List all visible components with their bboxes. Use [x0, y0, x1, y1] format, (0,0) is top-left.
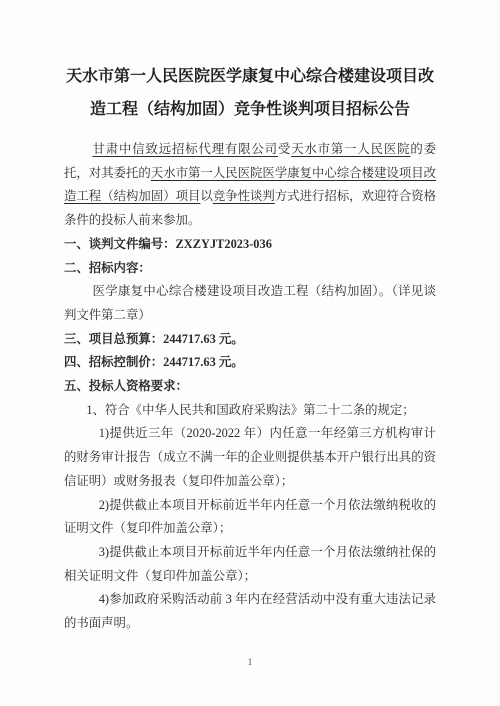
document-page: 天水市第一人民医院医学康复中心综合楼建设项目改造工程（结构加固）竞争性谈判项目招… — [0, 0, 500, 706]
section-3-heading-total-budget: 三、项目总预算：244717.63 元。 — [64, 328, 436, 352]
intro-paragraph: 甘肃中信致远招标代理有限公司受天水市第一人民医院的委托，对其委托的天水市第一人民… — [64, 138, 436, 233]
qualification-item: 1、符合《中华人民共和国政府采购法》第二十二条的规定； — [64, 399, 436, 423]
procurement-method: 竞争性谈判 — [213, 189, 275, 203]
intro-text: 以 — [200, 189, 212, 203]
purchaser-name: 天水市第一人民医院 — [291, 142, 410, 156]
qualification-subitem: 1)提供近三年（2020-2022 年）内任意一年经第三方机构审计的财务审计报告… — [64, 422, 436, 493]
section-2-body: 医学康复中心综合楼建设项目改造工程（结构加固）。（详见谈判文件第二章） — [64, 280, 436, 327]
qualification-subitem: 3)提供截止本项目开标前近半年内任意一个月依法缴纳社保的相关证明文件（复印件加盖… — [64, 541, 436, 588]
section-5-heading-bidder-qualifications: 五、投标人资格要求： — [64, 375, 436, 399]
section-2-heading-tender-content: 二、招标内容： — [64, 257, 436, 281]
intro-text: 受 — [278, 142, 291, 156]
section-1-heading-document-number: 一、谈判文件编号：ZXZYJT2023-036 — [64, 233, 436, 257]
qualification-subitem: 4)参加政府采购活动前 3 年内在经营活动中没有重大违法记录的书面声明。 — [64, 588, 436, 635]
qualification-subitem: 2)提供截止本项目开标前近半年内任意一个月依法缴纳税收的证明文件（复印件加盖公章… — [64, 494, 436, 541]
agency-name: 甘肃中信致远招标代理有限公司 — [93, 142, 278, 156]
page-number: 1 — [0, 658, 500, 668]
section-4-heading-control-price: 四、招标控制价：244717.63 元。 — [64, 351, 436, 375]
document-title: 天水市第一人民医院医学康复中心综合楼建设项目改造工程（结构加固）竞争性谈判项目招… — [64, 60, 436, 126]
